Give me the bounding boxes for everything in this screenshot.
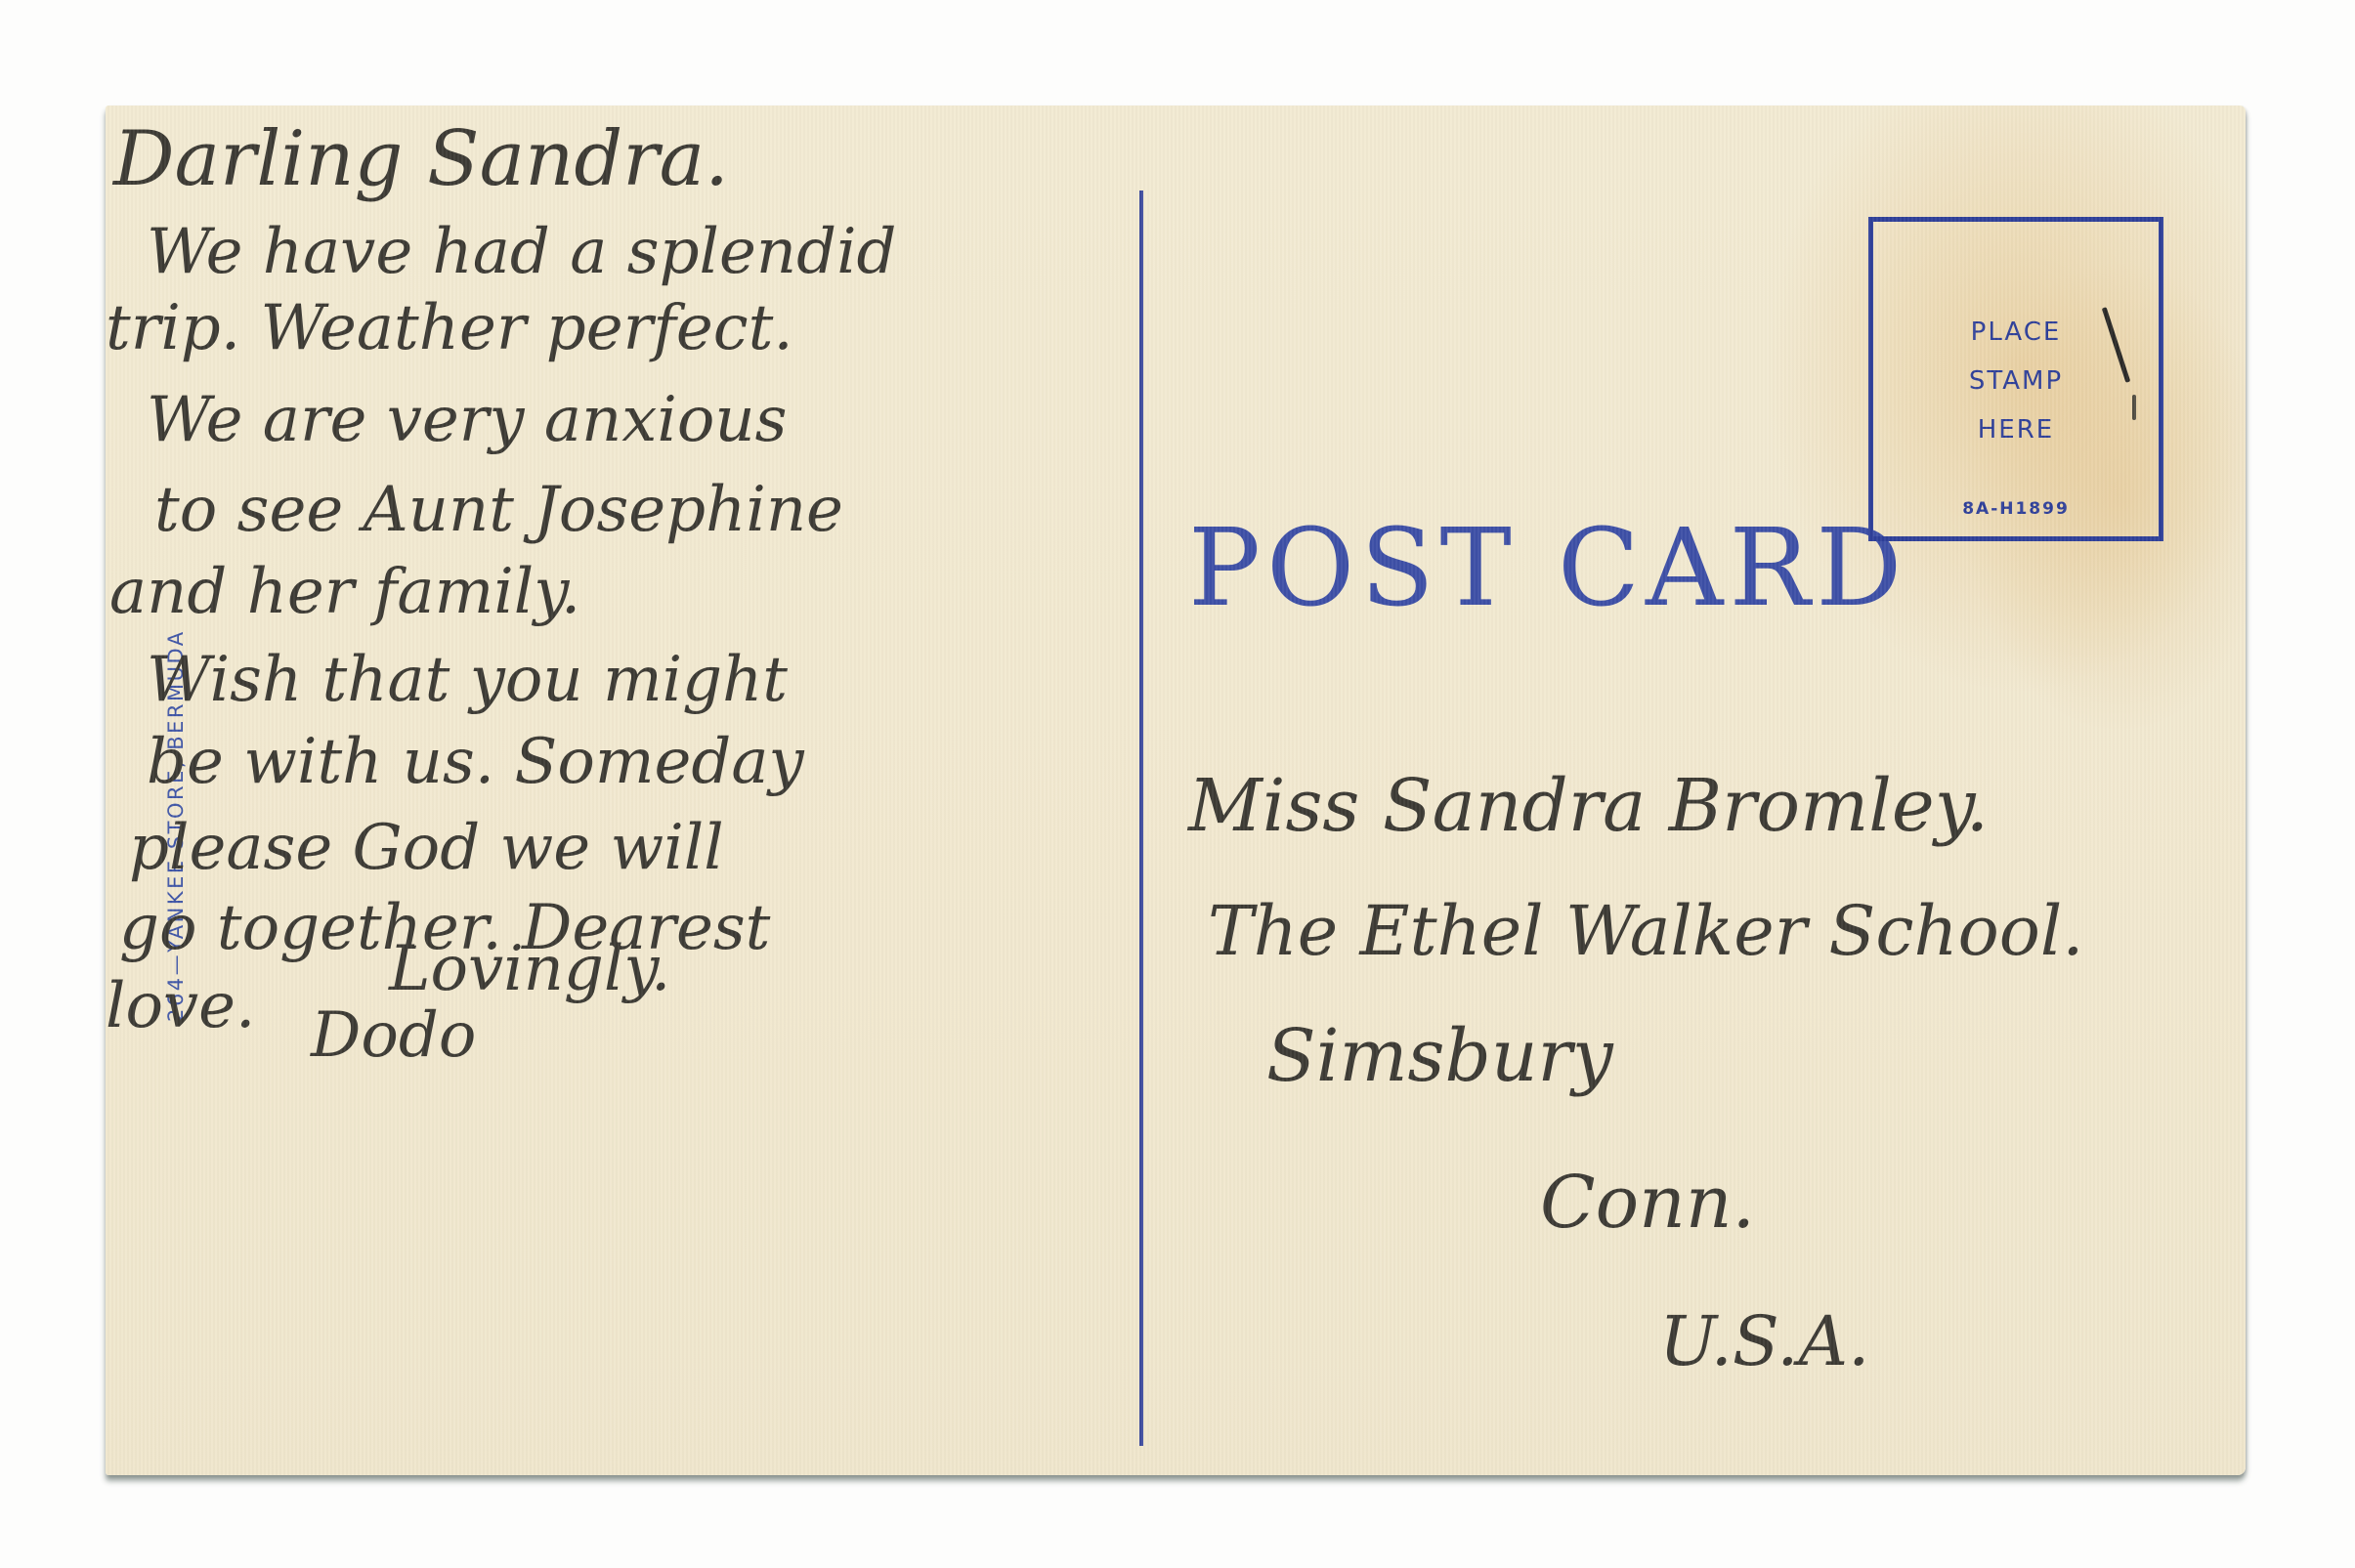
message-line: We are very anxious xyxy=(147,389,787,451)
stamp-line-stamp: STAMP xyxy=(1873,357,2159,405)
address-line: The Ethel Walker School. xyxy=(1208,897,2084,965)
stamp-line-here: HERE xyxy=(1873,405,2159,454)
stamp-instructions: PLACE STAMP HERE xyxy=(1873,308,2159,454)
message-line: trip. Weather perfect. xyxy=(106,297,793,360)
address-line: U.S.A. xyxy=(1659,1307,1869,1376)
post-card-title: POST CARD xyxy=(1188,514,1908,621)
message-line: love. xyxy=(106,975,255,1038)
stamp-box: PLACE STAMP HERE 8A-H1899 xyxy=(1868,217,2163,541)
message-line: We have had a splendid xyxy=(147,221,897,283)
message-line: Darling Sandra. xyxy=(113,121,729,197)
message-line: and her family. xyxy=(109,561,580,623)
stamp-box-code: 8A-H1899 xyxy=(1873,499,2159,519)
signature: Dodo xyxy=(311,1004,476,1067)
address-line: Miss Sandra Bromley. xyxy=(1188,770,1989,842)
message-line: be with us. Someday xyxy=(147,731,804,793)
center-divider-line xyxy=(1139,191,1143,1446)
message-line: Lovingly. xyxy=(389,938,670,1000)
address-line: Conn. xyxy=(1540,1166,1755,1239)
postcard: 264—YANKEE STORE, BERMUDA POST CARD PLAC… xyxy=(106,106,2246,1475)
message-line: Wish that you might xyxy=(147,649,788,711)
postmark-fragment xyxy=(2132,395,2136,420)
address-line: Simsbury xyxy=(1266,1020,1613,1092)
message-line: please God we will xyxy=(129,817,724,879)
message-line: to see Aunt Josephine xyxy=(154,479,843,541)
